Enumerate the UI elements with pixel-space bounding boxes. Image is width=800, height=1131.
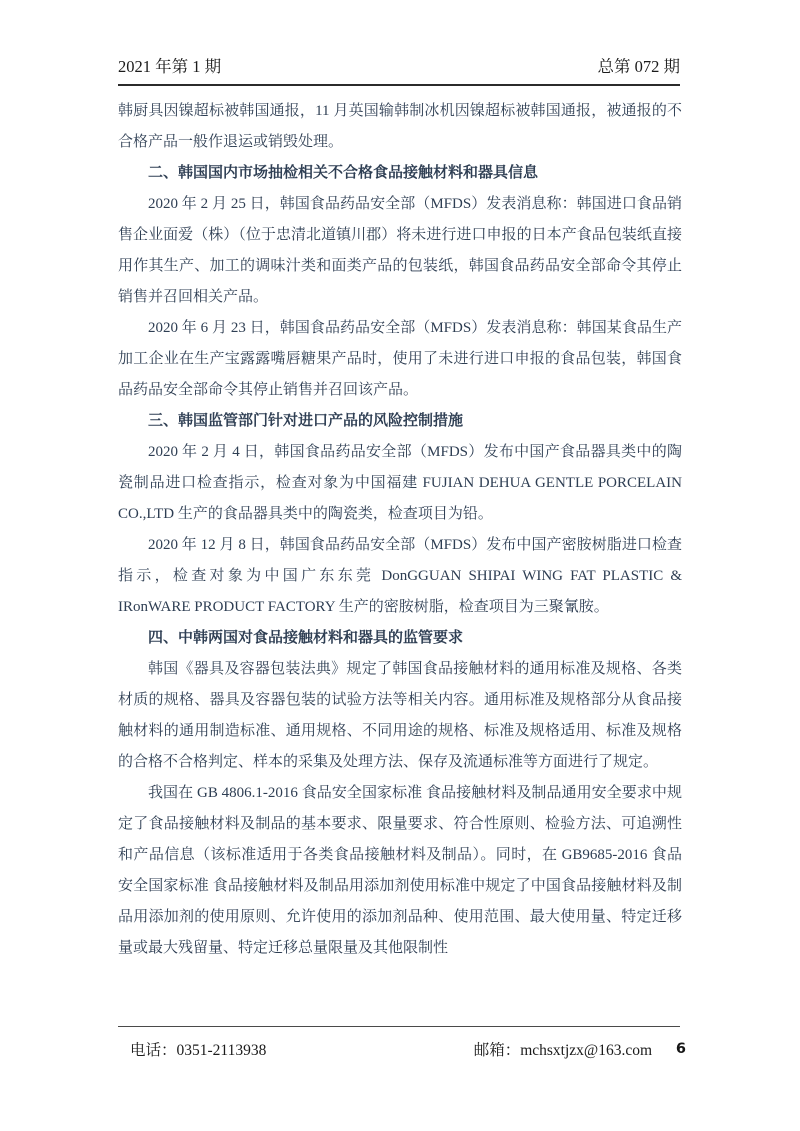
document-page: { "header": { "issue": "2021 年第 1 期", "v…	[0, 0, 800, 1131]
paragraph: 韩厨具因镍超标被韩国通报，11 月英国输韩制冰机因镍超标被韩国通报，被通报的不合…	[118, 96, 682, 158]
page-footer: 电话：0351-2113938 邮箱：mchsxtjzx@163.com	[118, 1040, 680, 1062]
footer-email: 邮箱：mchsxtjzx@163.com	[474, 1040, 652, 1062]
section-heading: 三、韩国监管部门针对进口产品的风险控制措施	[118, 406, 682, 437]
header-issue-label: 2021 年第 1 期	[118, 56, 221, 77]
page-header: 2021 年第 1 期 总第 072 期	[118, 56, 680, 86]
header-volume-label: 总第 072 期	[598, 56, 681, 77]
section-heading: 二、韩国国内市场抽检相关不合格食品接触材料和器具信息	[118, 158, 682, 189]
paragraph: 韩国《器具及容器包装法典》规定了韩国食品接触材料的通用标准及规格、各类材质的规格…	[118, 654, 682, 778]
footer-phone: 电话：0351-2113938	[130, 1040, 266, 1062]
paragraph: 2020 年 2 月 4 日，韩国食品药品安全部（MFDS）发布中国产食品器具类…	[118, 437, 682, 530]
paragraph: 我国在 GB 4806.1-2016 食品安全国家标准 食品接触材料及制品通用安…	[118, 778, 682, 964]
section-heading: 四、中韩两国对食品接触材料和器具的监管要求	[118, 623, 682, 654]
document-body: 韩厨具因镍超标被韩国通报，11 月英国输韩制冰机因镍超标被韩国通报，被通报的不合…	[118, 96, 682, 1018]
paragraph: 2020 年 12 月 8 日，韩国食品药品安全部（MFDS）发布中国产密胺树脂…	[118, 530, 682, 623]
paragraph: 2020 年 6 月 23 日，韩国食品药品安全部（MFDS）发表消息称：韩国某…	[118, 313, 682, 406]
paragraph: 2020 年 2 月 25 日，韩国食品药品安全部（MFDS）发表消息称：韩国进…	[118, 189, 682, 313]
page-number: 6	[676, 1038, 686, 1060]
footer-rule	[118, 1026, 680, 1027]
